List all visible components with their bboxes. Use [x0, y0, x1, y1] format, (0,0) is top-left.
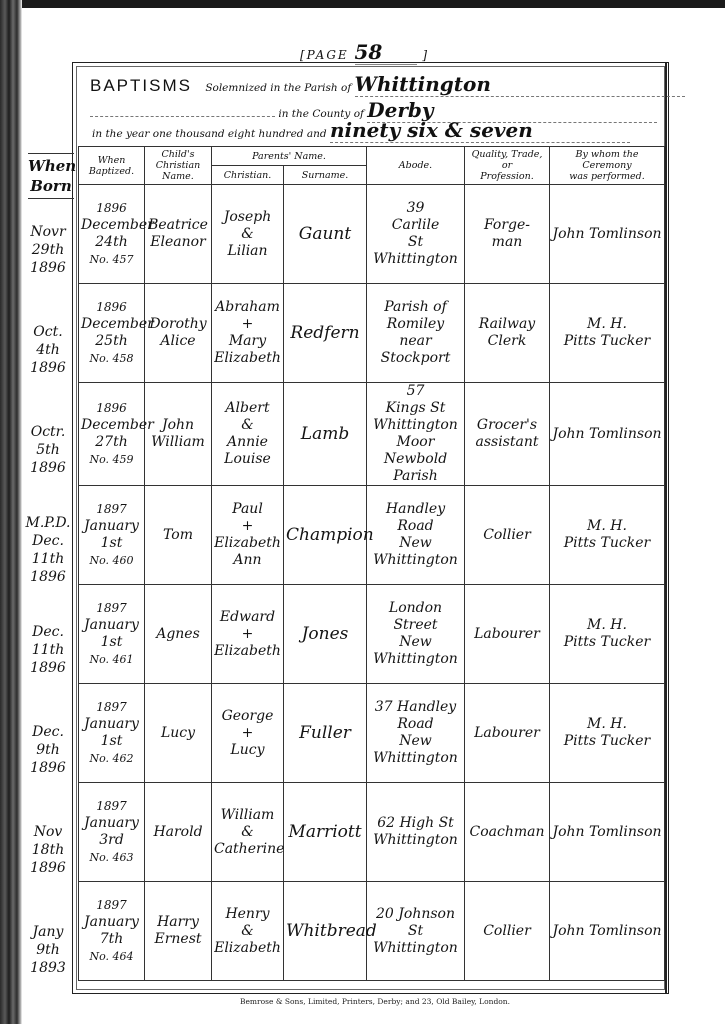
- baptism-year: 1896: [81, 400, 142, 417]
- text-line: Road: [369, 716, 462, 733]
- text-line: 62 High St: [369, 815, 462, 832]
- cell-officiant: M. H.Pitts Tucker: [550, 684, 665, 783]
- when-born-cell: Dec.9th1896: [22, 723, 74, 777]
- text-line: Dec.: [22, 623, 74, 641]
- text-line: Tom: [147, 527, 209, 544]
- baptism-day: 1st: [81, 733, 142, 750]
- text-line: Elizabeth: [214, 535, 281, 552]
- text-line: Railway: [467, 316, 547, 333]
- text-line: Coachman: [467, 824, 547, 841]
- text-line: Abraham: [214, 299, 281, 316]
- text-line: Gaunt: [286, 226, 364, 243]
- text-line: +: [214, 725, 281, 742]
- cell-when-baptized: 1897January3rdNo. 463: [79, 783, 145, 882]
- cell-child-name: Tom: [145, 486, 212, 585]
- baptism-year: 1897: [81, 600, 142, 617]
- text-line: Pitts Tucker: [552, 535, 662, 552]
- table-row: 1896December27thNo. 459JohnWilliamAlbert…: [79, 383, 665, 486]
- text-line: Handley: [369, 501, 462, 518]
- cell-when-baptized: 1897January1stNo. 460: [79, 486, 145, 585]
- cell-abode: 20 JohnsonStWhittington: [367, 882, 465, 981]
- text-line: 1896: [22, 459, 74, 477]
- cell-surname: Champion: [284, 486, 367, 585]
- baptism-month: December: [81, 417, 142, 434]
- text-line: Henry: [214, 906, 281, 923]
- cell-surname: Whitbread: [284, 882, 367, 981]
- when-born-cell: Dec.11th1896: [22, 623, 74, 677]
- text-line: Octr.: [22, 423, 74, 441]
- when-born-cell: Jany9th1893: [22, 923, 74, 977]
- baptism-month: December: [81, 316, 142, 333]
- cell-child-name: Harold: [145, 783, 212, 882]
- cell-abode: 62 High StWhittington: [367, 783, 465, 882]
- when-born-line-1: When: [28, 156, 74, 176]
- cell-parents-christian: George+Lucy: [212, 684, 284, 783]
- table-row: 1897January1stNo. 462LucyGeorge+LucyFull…: [79, 684, 665, 783]
- text-line: Pitts Tucker: [552, 634, 662, 651]
- entry-number: No. 461: [81, 651, 142, 668]
- cell-when-baptized: 1897January1stNo. 461: [79, 585, 145, 684]
- text-line: 5th: [22, 441, 74, 459]
- baptism-day: 7th: [81, 931, 142, 948]
- text-line: William: [214, 807, 281, 824]
- text-line: 29th: [22, 241, 74, 259]
- cell-child-name: HarryErnest: [145, 882, 212, 981]
- text-line: 1896: [22, 659, 74, 677]
- text-line: Nov: [22, 823, 74, 841]
- text-line: Elizabeth: [214, 350, 281, 367]
- text-line: Clerk: [467, 333, 547, 350]
- text-line: 39: [369, 200, 462, 217]
- text-line: 1896: [22, 859, 74, 877]
- county-prefix-blank: [90, 116, 275, 117]
- cell-officiant: John Tomlinson: [550, 783, 665, 882]
- text-line: Parish: [369, 468, 462, 485]
- cell-quality: RailwayClerk: [465, 284, 550, 383]
- text-line: &: [214, 226, 281, 243]
- cell-child-name: JohnWilliam: [145, 383, 212, 486]
- cell-abode: Parish ofRomileynearStockport: [367, 284, 465, 383]
- baptism-day: 1st: [81, 535, 142, 552]
- register-title: BAPTISMS: [90, 76, 192, 95]
- col-when-baptized: WhenBaptized.: [79, 147, 145, 185]
- baptism-day: 24th: [81, 234, 142, 251]
- cell-child-name: Lucy: [145, 684, 212, 783]
- baptism-day: 27th: [81, 434, 142, 451]
- text-line: Dorothy: [147, 316, 209, 333]
- text-line: M. H.: [552, 316, 662, 333]
- text-line: Eleanor: [147, 234, 209, 251]
- cell-when-baptized: 1896December25thNo. 458: [79, 284, 145, 383]
- text-line: Agnes: [147, 626, 209, 643]
- text-line: Whittington: [369, 417, 462, 434]
- cell-parents-christian: Abraham+MaryElizabeth: [212, 284, 284, 383]
- cell-surname: Marriott: [284, 783, 367, 882]
- col-parents-name: Parents' Name.: [212, 147, 367, 166]
- baptism-month: January: [81, 914, 142, 931]
- text-line: Dec.: [22, 532, 74, 550]
- printer-imprint: Bemrose & Sons, Limited, Printers, Derby…: [200, 997, 550, 1006]
- cell-abode: 39CarlileStWhittington: [367, 185, 465, 284]
- cell-officiant: John Tomlinson: [550, 383, 665, 486]
- text-line: Lucy: [214, 742, 281, 759]
- text-line: Grocer's: [467, 417, 547, 434]
- cell-parents-christian: Paul+ElizabethAnn: [212, 486, 284, 585]
- cell-parents-christian: Albert&AnnieLouise: [212, 383, 284, 486]
- header-year-line: in the year one thousand eight hundred a…: [92, 118, 630, 143]
- text-line: Ernest: [147, 931, 209, 948]
- cell-when-baptized: 1897January7thNo. 464: [79, 882, 145, 981]
- text-line: Pitts Tucker: [552, 333, 662, 350]
- text-line: St: [369, 923, 462, 940]
- cell-parents-christian: William&Catherine: [212, 783, 284, 882]
- col-parents-surname: Surname.: [284, 166, 367, 185]
- year-value: ninety six & seven: [330, 118, 630, 143]
- register-entries: 1896December24thNo. 457BeatriceEleanorJo…: [79, 185, 665, 981]
- text-line: Annie: [214, 434, 281, 451]
- frame-right-rule: [665, 62, 667, 994]
- cell-officiant: John Tomlinson: [550, 185, 665, 284]
- text-line: Stockport: [369, 350, 462, 367]
- baptism-month: December: [81, 217, 142, 234]
- text-line: 1896: [22, 359, 74, 377]
- cell-abode: 37 HandleyRoadNewWhittington: [367, 684, 465, 783]
- table-row: 1896December24thNo. 457BeatriceEleanorJo…: [79, 185, 665, 284]
- cell-surname: Lamb: [284, 383, 367, 486]
- when-born-cell: Oct.4th1896: [22, 323, 74, 377]
- text-line: Dec.: [22, 723, 74, 741]
- cell-child-name: BeatriceEleanor: [145, 185, 212, 284]
- text-line: 57: [369, 383, 462, 400]
- text-line: Romiley: [369, 316, 462, 333]
- baptism-year: 1897: [81, 699, 142, 716]
- text-line: Champion: [286, 527, 364, 544]
- text-line: Pitts Tucker: [552, 733, 662, 750]
- text-line: Labourer: [467, 626, 547, 643]
- when-born-cell: Octr.5th1896: [22, 423, 74, 477]
- text-line: near: [369, 333, 462, 350]
- text-line: Alice: [147, 333, 209, 350]
- text-line: Harold: [147, 824, 209, 841]
- baptism-year: 1897: [81, 897, 142, 914]
- text-line: Catherine: [214, 841, 281, 858]
- text-line: 4th: [22, 341, 74, 359]
- baptism-day: 3rd: [81, 832, 142, 849]
- text-line: Newbold: [369, 451, 462, 468]
- baptism-year: 1897: [81, 798, 142, 815]
- text-line: &: [214, 923, 281, 940]
- cell-when-baptized: 1897January1stNo. 462: [79, 684, 145, 783]
- text-line: &: [214, 417, 281, 434]
- entry-number: No. 457: [81, 251, 142, 268]
- text-line: Whittington: [369, 651, 462, 668]
- cell-child-name: Agnes: [145, 585, 212, 684]
- text-line: George: [214, 708, 281, 725]
- cell-child-name: DorothyAlice: [145, 284, 212, 383]
- text-line: Lucy: [147, 725, 209, 742]
- text-line: +: [214, 316, 281, 333]
- text-line: New: [369, 634, 462, 651]
- entry-number: No. 458: [81, 350, 142, 367]
- table-row: 1896December25thNo. 458DorothyAliceAbrah…: [79, 284, 665, 383]
- text-line: Collier: [467, 527, 547, 544]
- text-line: Marriott: [286, 824, 364, 841]
- text-line: Harry: [147, 914, 209, 931]
- text-line: Joseph: [214, 209, 281, 226]
- entry-number: No. 460: [81, 552, 142, 569]
- entry-number: No. 463: [81, 849, 142, 866]
- text-line: 9th: [22, 941, 74, 959]
- text-line: John Tomlinson: [552, 226, 662, 243]
- text-line: M. H.: [552, 617, 662, 634]
- baptism-register-table: WhenBaptized. Child'sChristianName. Pare…: [78, 146, 665, 981]
- text-line: London: [369, 600, 462, 617]
- text-line: Forge-: [467, 217, 547, 234]
- when-born-heading: When Born: [28, 153, 74, 199]
- text-line: Moor: [369, 434, 462, 451]
- text-line: M. H.: [552, 518, 662, 535]
- text-line: 1896: [22, 568, 74, 586]
- text-line: Beatrice: [147, 217, 209, 234]
- scan-top-edge: [0, 0, 725, 8]
- cell-parents-christian: Edward+Elizabeth: [212, 585, 284, 684]
- cell-abode: HandleyRoadNewWhittington: [367, 486, 465, 585]
- text-line: St: [369, 234, 462, 251]
- text-line: John: [147, 417, 209, 434]
- year-label: in the year one thousand eight hundred a…: [92, 128, 327, 140]
- text-line: 11th: [22, 550, 74, 568]
- text-line: John Tomlinson: [552, 824, 662, 841]
- page-close-bracket: ]: [422, 48, 429, 62]
- text-line: Elizabeth: [214, 940, 281, 957]
- text-line: Kings St: [369, 400, 462, 417]
- cell-surname: Gaunt: [284, 185, 367, 284]
- text-line: 18th: [22, 841, 74, 859]
- col-officiant: By whom theCeremonywas performed.: [550, 147, 665, 185]
- text-line: &: [214, 824, 281, 841]
- text-line: Redfern: [286, 325, 364, 342]
- text-line: John Tomlinson: [552, 426, 662, 443]
- text-line: Carlile: [369, 217, 462, 234]
- text-line: Fuller: [286, 725, 364, 742]
- when-born-cell: Novr29th1896: [22, 223, 74, 277]
- text-line: Parish of: [369, 299, 462, 316]
- text-line: 20 Johnson: [369, 906, 462, 923]
- text-line: Whittington: [369, 832, 462, 849]
- text-line: 37 Handley: [369, 699, 462, 716]
- cell-abode: LondonStreetNewWhittington: [367, 585, 465, 684]
- text-line: Oct.: [22, 323, 74, 341]
- text-line: Jones: [286, 626, 364, 643]
- when-born-cell: M.P.D.Dec.11th1896: [22, 514, 74, 586]
- cell-officiant: M. H.Pitts Tucker: [550, 585, 665, 684]
- text-line: Lamb: [286, 426, 364, 443]
- text-line: +: [214, 518, 281, 535]
- baptism-year: 1897: [81, 501, 142, 518]
- col-abode: Abode.: [367, 147, 465, 185]
- table-row: 1897January3rdNo. 463HaroldWilliam&Cathe…: [79, 783, 665, 882]
- text-line: William: [147, 434, 209, 451]
- table-row: 1897January1stNo. 461AgnesEdward+Elizabe…: [79, 585, 665, 684]
- baptism-month: January: [81, 716, 142, 733]
- cell-quality: Collier: [465, 486, 550, 585]
- text-line: Collier: [467, 923, 547, 940]
- cell-quality: Forge-man: [465, 185, 550, 284]
- table-row: 1897January7thNo. 464HarryErnestHenry&El…: [79, 882, 665, 981]
- baptism-month: January: [81, 617, 142, 634]
- baptism-day: 25th: [81, 333, 142, 350]
- cell-quality: Collier: [465, 882, 550, 981]
- text-line: Albert: [214, 400, 281, 417]
- col-quality: Quality, Trade,orProfession.: [465, 147, 550, 185]
- cell-when-baptized: 1896December27thNo. 459: [79, 383, 145, 486]
- text-line: Paul: [214, 501, 281, 518]
- col-child-name: Child'sChristianName.: [145, 147, 212, 185]
- text-line: Labourer: [467, 725, 547, 742]
- text-line: Street: [369, 617, 462, 634]
- text-line: 1896: [22, 259, 74, 277]
- text-line: Whittington: [369, 750, 462, 767]
- header-parish-line: BAPTISMS Solemnized in the Parish of Whi…: [90, 72, 685, 97]
- text-line: M.P.D.: [22, 514, 74, 532]
- solemnized-label: Solemnized in the Parish of: [205, 82, 351, 94]
- text-line: Road: [369, 518, 462, 535]
- text-line: John Tomlinson: [552, 923, 662, 940]
- parish-value: Whittington: [355, 72, 685, 97]
- cell-officiant: John Tomlinson: [550, 882, 665, 981]
- cell-surname: Fuller: [284, 684, 367, 783]
- baptism-day: 1st: [81, 634, 142, 651]
- page-label: [PAGE: [300, 48, 349, 62]
- text-line: Louise: [214, 451, 281, 468]
- cell-quality: Labourer: [465, 684, 550, 783]
- text-line: New: [369, 535, 462, 552]
- baptism-month: January: [81, 518, 142, 535]
- text-line: +: [214, 626, 281, 643]
- baptism-year: 1896: [81, 299, 142, 316]
- text-line: assistant: [467, 434, 547, 451]
- when-born-cell: Nov18th1896: [22, 823, 74, 877]
- entry-number: No. 459: [81, 451, 142, 468]
- table-row: 1897January1stNo. 460TomPaul+ElizabethAn…: [79, 486, 665, 585]
- text-line: Whittington: [369, 940, 462, 957]
- text-line: Mary: [214, 333, 281, 350]
- text-line: Lilian: [214, 243, 281, 260]
- baptism-year: 1896: [81, 200, 142, 217]
- text-line: Ann: [214, 552, 281, 569]
- text-line: New: [369, 733, 462, 750]
- text-line: 11th: [22, 641, 74, 659]
- text-line: Whittington: [369, 251, 462, 268]
- cell-quality: Coachman: [465, 783, 550, 882]
- text-line: Whitbread: [286, 923, 364, 940]
- text-line: Jany: [22, 923, 74, 941]
- text-line: Edward: [214, 609, 281, 626]
- cell-surname: Redfern: [284, 284, 367, 383]
- cell-officiant: M. H.Pitts Tucker: [550, 486, 665, 585]
- text-line: 1896: [22, 759, 74, 777]
- col-parents-christian: Christian.: [212, 166, 284, 185]
- entry-number: No. 462: [81, 750, 142, 767]
- text-line: Elizabeth: [214, 643, 281, 660]
- book-binding: [0, 0, 22, 1024]
- cell-quality: Labourer: [465, 585, 550, 684]
- cell-quality: Grocer'sassistant: [465, 383, 550, 486]
- cell-officiant: M. H.Pitts Tucker: [550, 284, 665, 383]
- text-line: 1893: [22, 959, 74, 977]
- text-line: man: [467, 234, 547, 251]
- text-line: 9th: [22, 741, 74, 759]
- text-line: Novr: [22, 223, 74, 241]
- text-line: M. H.: [552, 716, 662, 733]
- baptism-month: January: [81, 815, 142, 832]
- when-born-line-2: Born: [28, 176, 74, 196]
- entry-number: No. 464: [81, 948, 142, 965]
- text-line: Whittington: [369, 552, 462, 569]
- cell-abode: 57Kings StWhittingtonMoorNewboldParish: [367, 383, 465, 486]
- cell-surname: Jones: [284, 585, 367, 684]
- cell-when-baptized: 1896December24thNo. 457: [79, 185, 145, 284]
- cell-parents-christian: Joseph&Lilian: [212, 185, 284, 284]
- cell-parents-christian: Henry&Elizabeth: [212, 882, 284, 981]
